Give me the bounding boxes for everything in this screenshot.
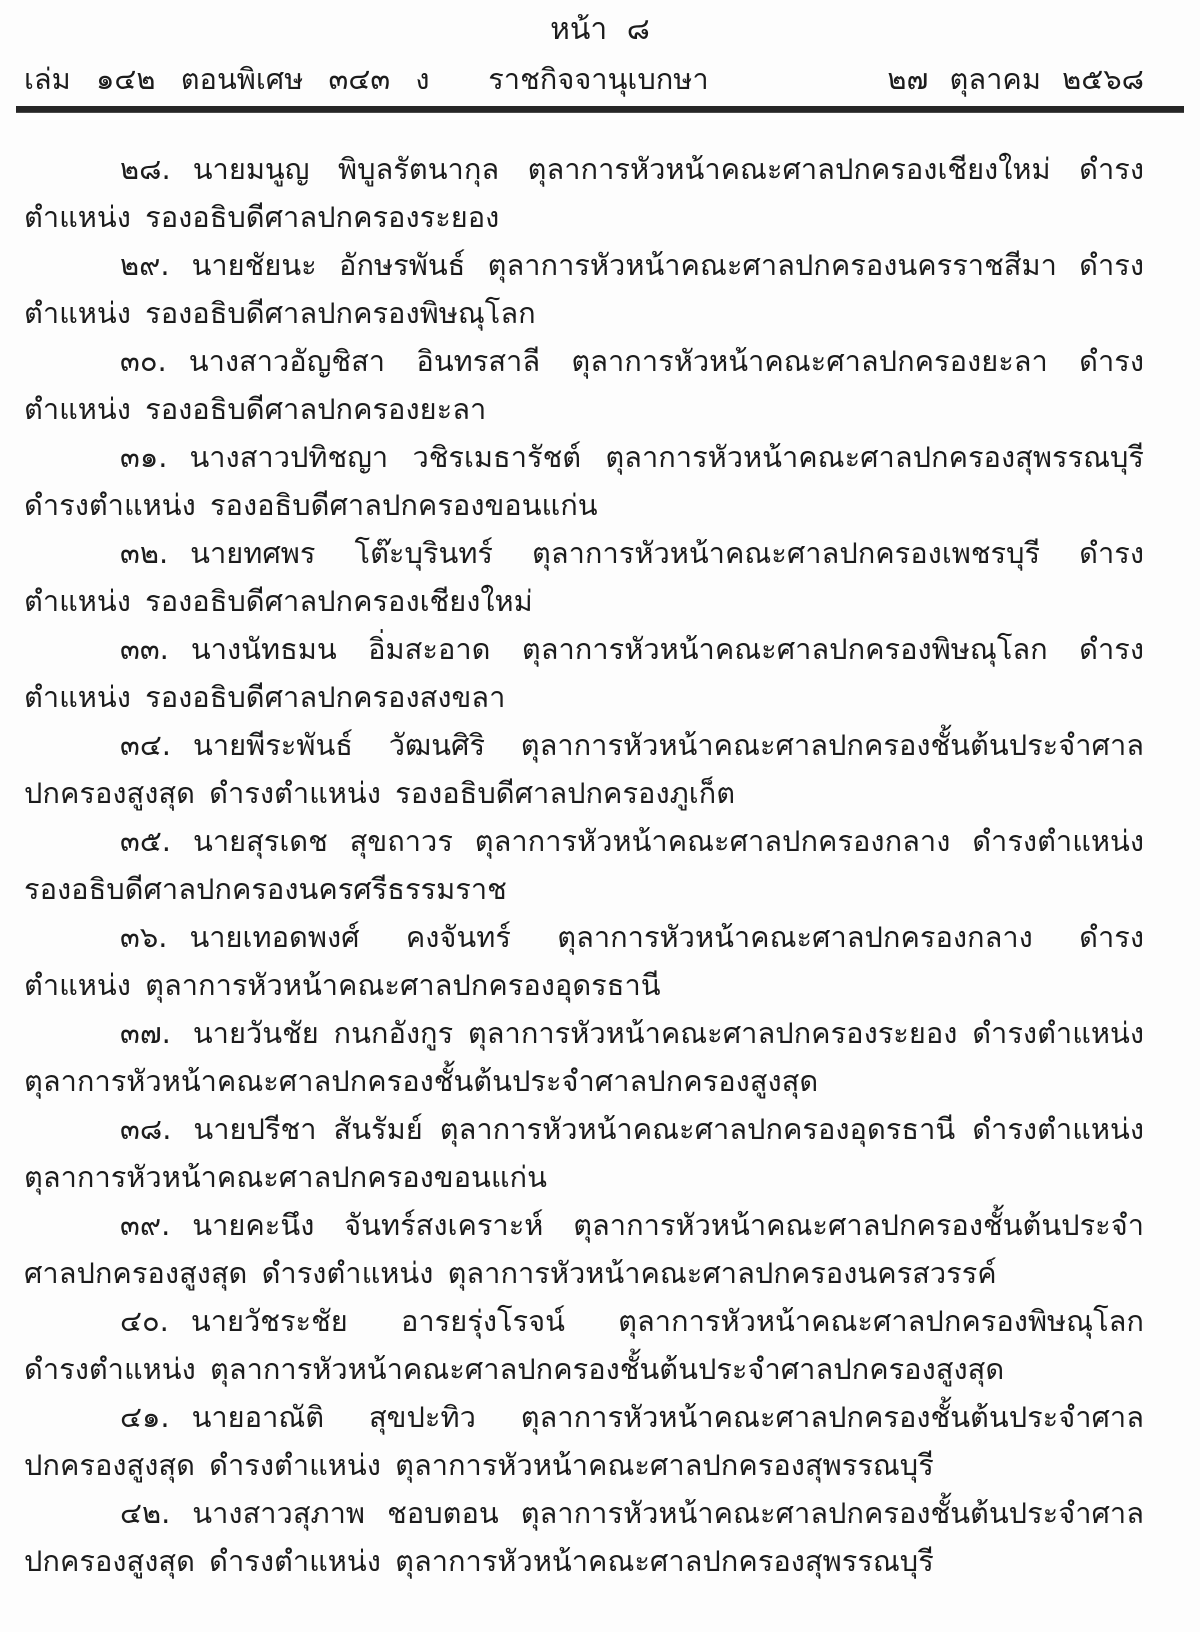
gazette-title: ราชกิจจานุเบกษา bbox=[488, 60, 708, 98]
list-item: ๓๒.นายทศพร โต๊ะบุรินทร์ ตุลาการหัวหน้าคณ… bbox=[24, 529, 1144, 625]
item-number: ๓๙. bbox=[120, 1208, 170, 1242]
gazette-header: หน้า ๘ เล่ม ๑๔๒ ตอนพิเศษ ๓๔๓ ง ราชกิจจาน… bbox=[0, 0, 1200, 113]
item-text: นางนัทธมน อิ่มสะอาด ตุลาการหัวหน้าคณะศาล… bbox=[24, 632, 1144, 714]
item-text: นายอาณัติ สุขปะทิว ตุลาการหัวหน้าคณะศาลป… bbox=[24, 1400, 1144, 1482]
list-item: ๓๓.นางนัทธมน อิ่มสะอาด ตุลาการหัวหน้าคณะ… bbox=[24, 625, 1144, 721]
item-number: ๔๑. bbox=[120, 1400, 170, 1434]
item-text: นายมนูญ พิบูลรัตนากุล ตุลาการหัวหน้าคณะศ… bbox=[24, 152, 1144, 234]
item-number: ๒๘. bbox=[120, 152, 171, 186]
item-number: ๒๙. bbox=[120, 248, 170, 282]
item-text: นายวันชัย กนกอังกูร ตุลาการหัวหน้าคณะศาล… bbox=[24, 1016, 1144, 1098]
list-item: ๔๒.นางสาวสุภาพ ชอบตอน ตุลาการหัวหน้าคณะศ… bbox=[24, 1489, 1144, 1585]
item-number: ๓๒. bbox=[120, 536, 168, 570]
list-item: ๓๕.นายสุรเดช สุขถาวร ตุลาการหัวหน้าคณะศา… bbox=[24, 817, 1144, 913]
publication-date: ๒๗ ตุลาคม ๒๕๖๘ bbox=[887, 60, 1144, 98]
list-item: ๓๑.นางสาวปทิชญา วชิรเมธารัชต์ ตุลาการหัว… bbox=[24, 433, 1144, 529]
list-item: ๓๔.นายพีระพันธ์ วัฒนศิริ ตุลาการหัวหน้าค… bbox=[24, 721, 1144, 817]
gazette-page: หน้า ๘ เล่ม ๑๔๒ ตอนพิเศษ ๓๔๓ ง ราชกิจจาน… bbox=[0, 0, 1200, 1632]
volume-label: เล่ม ๑๔๒ ตอนพิเศษ ๓๔๓ ง bbox=[24, 60, 430, 98]
item-number: ๓๐. bbox=[120, 344, 167, 378]
list-item: ๓๖.นายเทอดพงศ์ คงจันทร์ ตุลาการหัวหน้าคณ… bbox=[24, 913, 1144, 1009]
list-item: ๔๑.นายอาณัติ สุขปะทิว ตุลาการหัวหน้าคณะศ… bbox=[24, 1393, 1144, 1489]
list-item: ๓๗.นายวันชัย กนกอังกูร ตุลาการหัวหน้าคณะ… bbox=[24, 1009, 1144, 1105]
item-text: นายคะนึง จันทร์สงเคราะห์ ตุลาการหัวหน้าค… bbox=[24, 1208, 1144, 1290]
item-number: ๔๐. bbox=[120, 1304, 169, 1338]
item-number: ๓๑. bbox=[120, 440, 167, 474]
appointment-list: ๒๘.นายมนูญ พิบูลรัตนากุล ตุลาการหัวหน้าค… bbox=[0, 113, 1200, 1585]
list-item: ๓๘.นายปรีชา สันรัมย์ ตุลาการหัวหน้าคณะศา… bbox=[24, 1105, 1144, 1201]
item-number: ๓๖. bbox=[120, 920, 167, 954]
list-item: ๓๙.นายคะนึง จันทร์สงเคราะห์ ตุลาการหัวหน… bbox=[24, 1201, 1144, 1297]
header-rule bbox=[16, 106, 1184, 113]
item-number: ๔๒. bbox=[120, 1496, 170, 1530]
item-text: นายวัชระชัย อารยรุ่งโรจน์ ตุลาการหัวหน้า… bbox=[24, 1304, 1144, 1386]
item-number: ๓๘. bbox=[120, 1112, 171, 1146]
masthead: เล่ม ๑๔๒ ตอนพิเศษ ๓๔๓ ง ราชกิจจานุเบกษา … bbox=[0, 50, 1200, 98]
item-text: นายทศพร โต๊ะบุรินทร์ ตุลาการหัวหน้าคณะศา… bbox=[24, 536, 1144, 618]
list-item: ๒๘.นายมนูญ พิบูลรัตนากุล ตุลาการหัวหน้าค… bbox=[24, 145, 1144, 241]
list-item: ๒๙.นายชัยนะ อักษรพันธ์ ตุลาการหัวหน้าคณะ… bbox=[24, 241, 1144, 337]
item-text: นางสาวอัญชิสา อินทรสาลี ตุลาการหัวหน้าคณ… bbox=[24, 344, 1144, 426]
item-number: ๓๔. bbox=[120, 728, 171, 762]
list-item: ๓๐.นางสาวอัญชิสา อินทรสาลี ตุลาการหัวหน้… bbox=[24, 337, 1144, 433]
item-text: นางสาวปทิชญา วชิรเมธารัชต์ ตุลาการหัวหน้… bbox=[24, 440, 1144, 522]
item-number: ๓๗. bbox=[120, 1016, 171, 1050]
item-text: นายสุรเดช สุขถาวร ตุลาการหัวหน้าคณะศาลปก… bbox=[24, 824, 1144, 906]
page-number: หน้า ๘ bbox=[0, 10, 1200, 50]
item-number: ๓๕. bbox=[120, 824, 171, 858]
item-text: นายชัยนะ อักษรพันธ์ ตุลาการหัวหน้าคณะศาล… bbox=[24, 248, 1144, 330]
item-number: ๓๓. bbox=[120, 632, 169, 666]
list-item: ๔๐.นายวัชระชัย อารยรุ่งโรจน์ ตุลาการหัวห… bbox=[24, 1297, 1144, 1393]
item-text: นายปรีชา สันรัมย์ ตุลาการหัวหน้าคณะศาลปก… bbox=[24, 1112, 1144, 1194]
item-text: นายเทอดพงศ์ คงจันทร์ ตุลาการหัวหน้าคณะศา… bbox=[24, 920, 1144, 1002]
item-text: นายพีระพันธ์ วัฒนศิริ ตุลาการหัวหน้าคณะศ… bbox=[24, 728, 1144, 810]
item-text: นางสาวสุภาพ ชอบตอน ตุลาการหัวหน้าคณะศาลป… bbox=[24, 1496, 1144, 1578]
